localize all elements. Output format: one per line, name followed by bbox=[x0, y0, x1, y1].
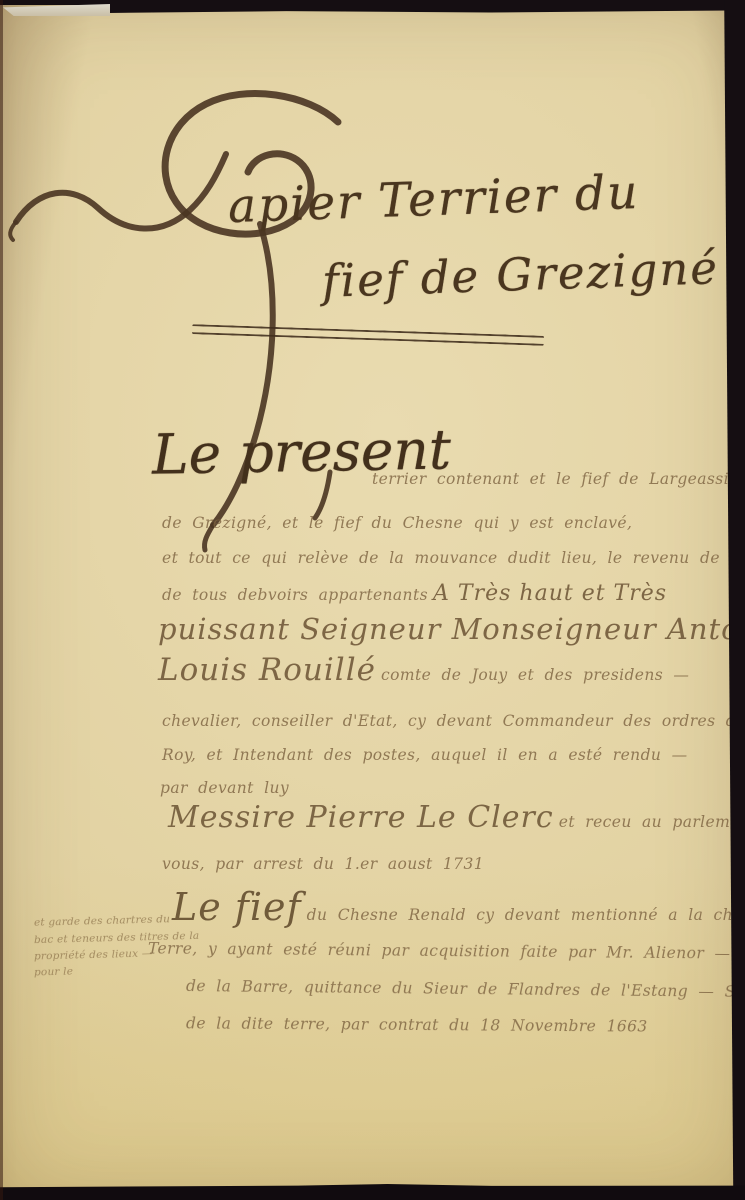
p1-line-6: comte de Jouy et des presidens — bbox=[381, 666, 689, 684]
p1-line-6-name: Louis Rouillé bbox=[158, 652, 376, 688]
p1-line-2: de Grezigné, et le fief du Chesne qui y … bbox=[162, 514, 632, 532]
p3-lead-rest: du Chesne Renald cy devant mentionné a l… bbox=[307, 906, 745, 924]
p1-line-3: et tout ce qui relève de la mouvance dud… bbox=[162, 549, 720, 567]
p2-lead-rest: et receu au parlement de — bbox=[559, 813, 745, 831]
p1-line-5: puissant Seigneur Monseigneur Antoinne bbox=[158, 612, 745, 646]
margin-note-line-4: pour le bbox=[34, 965, 73, 978]
p2-line-2: vous, par arrest du 1.er aoust 1731 bbox=[162, 855, 484, 873]
manuscript-photo: apier Terrier du fief de Grezigné Le pre… bbox=[0, 0, 745, 1200]
p2-lead-name: Messire Pierre Le Clerc bbox=[168, 800, 554, 835]
p1-line-4-emphasis: A Très haut et Très bbox=[433, 581, 667, 606]
p1-line-8: Roy, et Intendant des postes, auquel il … bbox=[162, 746, 688, 764]
p3-lead-word: Le fief bbox=[172, 885, 302, 929]
p1-line-1: terrier contenant et le fief de Largeass… bbox=[372, 470, 745, 488]
p3-line-4: de la dite terre, par contrat du 18 Nove… bbox=[186, 1014, 648, 1035]
photo-border-top bbox=[108, 0, 745, 13]
p1-line-9: par devant luy bbox=[160, 779, 289, 797]
p1-line-4: de tous debvoirs appartenants bbox=[162, 586, 428, 604]
photo-border-top-left bbox=[0, 0, 112, 5]
p1-line-7: chevalier, conseiller d'Etat, cy devant … bbox=[162, 712, 745, 730]
photo-border-left bbox=[0, 0, 3, 1200]
